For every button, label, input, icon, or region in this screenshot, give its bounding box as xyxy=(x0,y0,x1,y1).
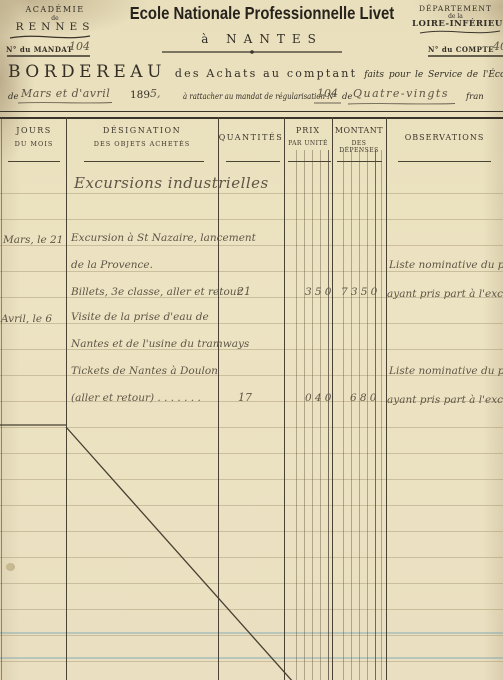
entry-designation-line: Tickets de Nantes à Doulon xyxy=(71,365,218,377)
section-title: Excursions industrielles xyxy=(74,174,269,192)
separator-rule xyxy=(0,111,503,112)
entry-quantity: 21 xyxy=(237,285,251,298)
entry-designation-line: Excursion à St Nazaire, lancement xyxy=(71,232,256,244)
document-page: ACADÉMIE de RENNES N° du MANDAT 104 Ecol… xyxy=(0,0,503,680)
entry-quantity: 17 xyxy=(238,391,252,404)
bordereau-year-printed: 189 xyxy=(130,89,150,101)
bordereau-francs: fran xyxy=(466,92,484,102)
entry-price: 040 xyxy=(305,392,335,404)
column-header-jours: JOURS DU MOIS xyxy=(2,122,66,162)
title-separator-dot xyxy=(250,50,254,54)
header-underline xyxy=(337,161,382,162)
column-header-line2: DU MOIS xyxy=(2,140,66,148)
academie-city: RENNES xyxy=(10,21,100,33)
header-underline xyxy=(288,161,331,162)
column-header-quantites: QUANTITÉS xyxy=(218,122,284,162)
table-column-line xyxy=(284,117,285,680)
price-subcolumn-line xyxy=(320,150,321,680)
bordereau-achats: des Achats au comptant xyxy=(175,67,357,80)
entry-date: Mars, le 21 xyxy=(3,234,63,246)
amount-subcolumn-line xyxy=(351,150,352,680)
column-header-line2: DES OBJETS ACHETÉS xyxy=(66,140,218,148)
ruled-lines xyxy=(0,168,503,680)
entry-designation-line: Nantes et de l'usine du tramways xyxy=(71,338,249,350)
column-header-line2: PAR UNITÉ xyxy=(284,140,332,147)
column-header-line1: QUANTITÉS xyxy=(218,133,284,142)
column-header-montant: MONTANT DES DÉPENSES xyxy=(332,122,386,162)
school-city: à NANTES xyxy=(140,32,384,46)
entry-amount: 680 xyxy=(350,392,380,404)
amount-subcolumn-line xyxy=(381,150,382,680)
entry-observation-line: Liste nominative du pers xyxy=(389,365,503,377)
flourish-under-rennes xyxy=(10,36,90,38)
bordereau-de: de xyxy=(8,92,18,102)
header-underline xyxy=(84,161,204,162)
entry-observation-line: ayant pris part à l'excursio xyxy=(387,288,503,300)
bordereau-rattacher: à rattacher au mandat de régularisation … xyxy=(183,92,337,102)
entry-price: 350 xyxy=(305,286,335,298)
entry-observation-line: Liste nominative du person xyxy=(389,259,503,271)
amount-hand-underline xyxy=(348,104,455,105)
entry-designation-line: de la Provence. xyxy=(71,259,153,271)
bordereau-month-hand: Mars et d'avril xyxy=(21,87,110,100)
column-header-observations: OBSERVATIONS xyxy=(386,122,503,162)
paper-blemish xyxy=(6,563,15,571)
compte-label: N° du COMPTE xyxy=(428,45,494,54)
mandat-label: N° du MANDAT xyxy=(6,45,73,54)
header-underline xyxy=(8,161,60,162)
blue-ruled-line xyxy=(0,632,503,634)
school-title: Ecole Nationale Professionnelle Livet xyxy=(124,3,399,24)
column-header-designation: DÉSIGNATION DES OBJETS ACHETÉS xyxy=(66,122,218,162)
bordereau-de2: de xyxy=(342,92,352,102)
entry-designation-line: Billets, 3e classe, aller et retour . xyxy=(71,286,248,298)
departement-name: LOIRE-INFÉRIEURE xyxy=(412,19,503,29)
bordereau-year-hand: 5, xyxy=(150,87,161,100)
entry-designation-line: (aller et retour) . . . . . . . xyxy=(71,392,201,404)
departement-label: DÉPARTEMENT xyxy=(408,4,503,13)
table-top-border xyxy=(0,117,503,119)
price-subcolumn-line xyxy=(328,150,329,680)
entry-date: Avril, le 6 xyxy=(1,313,52,325)
table-column-line xyxy=(218,117,219,680)
table-column-line xyxy=(66,117,67,680)
flourish-under-departement xyxy=(420,31,500,33)
bordereau-word: BORDEREAU xyxy=(8,62,166,82)
blue-ruled-line xyxy=(0,657,503,659)
mandat-number: 104 xyxy=(69,40,90,53)
bordereau-amount-hand: Quatre-vingts xyxy=(353,87,449,100)
column-header-line1: MONTANT xyxy=(332,126,386,135)
academie-label: ACADÉMIE xyxy=(10,5,100,14)
amount-subcolumn-line xyxy=(343,150,344,680)
column-header-prix: PRIX PAR UNITÉ xyxy=(284,122,332,162)
price-subcolumn-line xyxy=(296,150,297,680)
entry-designation-line: Visite de la prise d'eau de xyxy=(71,311,209,323)
header-underline xyxy=(226,161,280,162)
column-header-line2: DES DÉPENSES xyxy=(332,140,386,154)
bordereau-service: faits pour le Service de l'École pendant… xyxy=(364,70,503,80)
bordereau-line1: BORDEREAU des Achats au comptant faits p… xyxy=(8,62,503,82)
column-header-line1: PRIX xyxy=(284,126,332,135)
month-hand-underline xyxy=(18,103,112,104)
amount-subcolumn-line xyxy=(375,150,376,680)
amount-subcolumn-line xyxy=(359,150,360,680)
column-header-line1: DÉSIGNATION xyxy=(66,126,218,135)
compte-number: 40 xyxy=(493,40,503,53)
price-subcolumn-line xyxy=(312,150,313,680)
column-header-line1: JOURS xyxy=(2,126,66,135)
price-subcolumn-line xyxy=(304,150,305,680)
bordereau-regularisation-number: 104 xyxy=(317,87,338,100)
amount-subcolumn-line xyxy=(367,150,368,680)
header-underline xyxy=(398,161,491,162)
entry-observation-line: ayant pris part à l'excurs xyxy=(387,394,503,406)
column-header-line1: OBSERVATIONS xyxy=(386,133,503,142)
table-column-line xyxy=(1,117,2,680)
entry-amount: 7350 xyxy=(341,286,381,298)
